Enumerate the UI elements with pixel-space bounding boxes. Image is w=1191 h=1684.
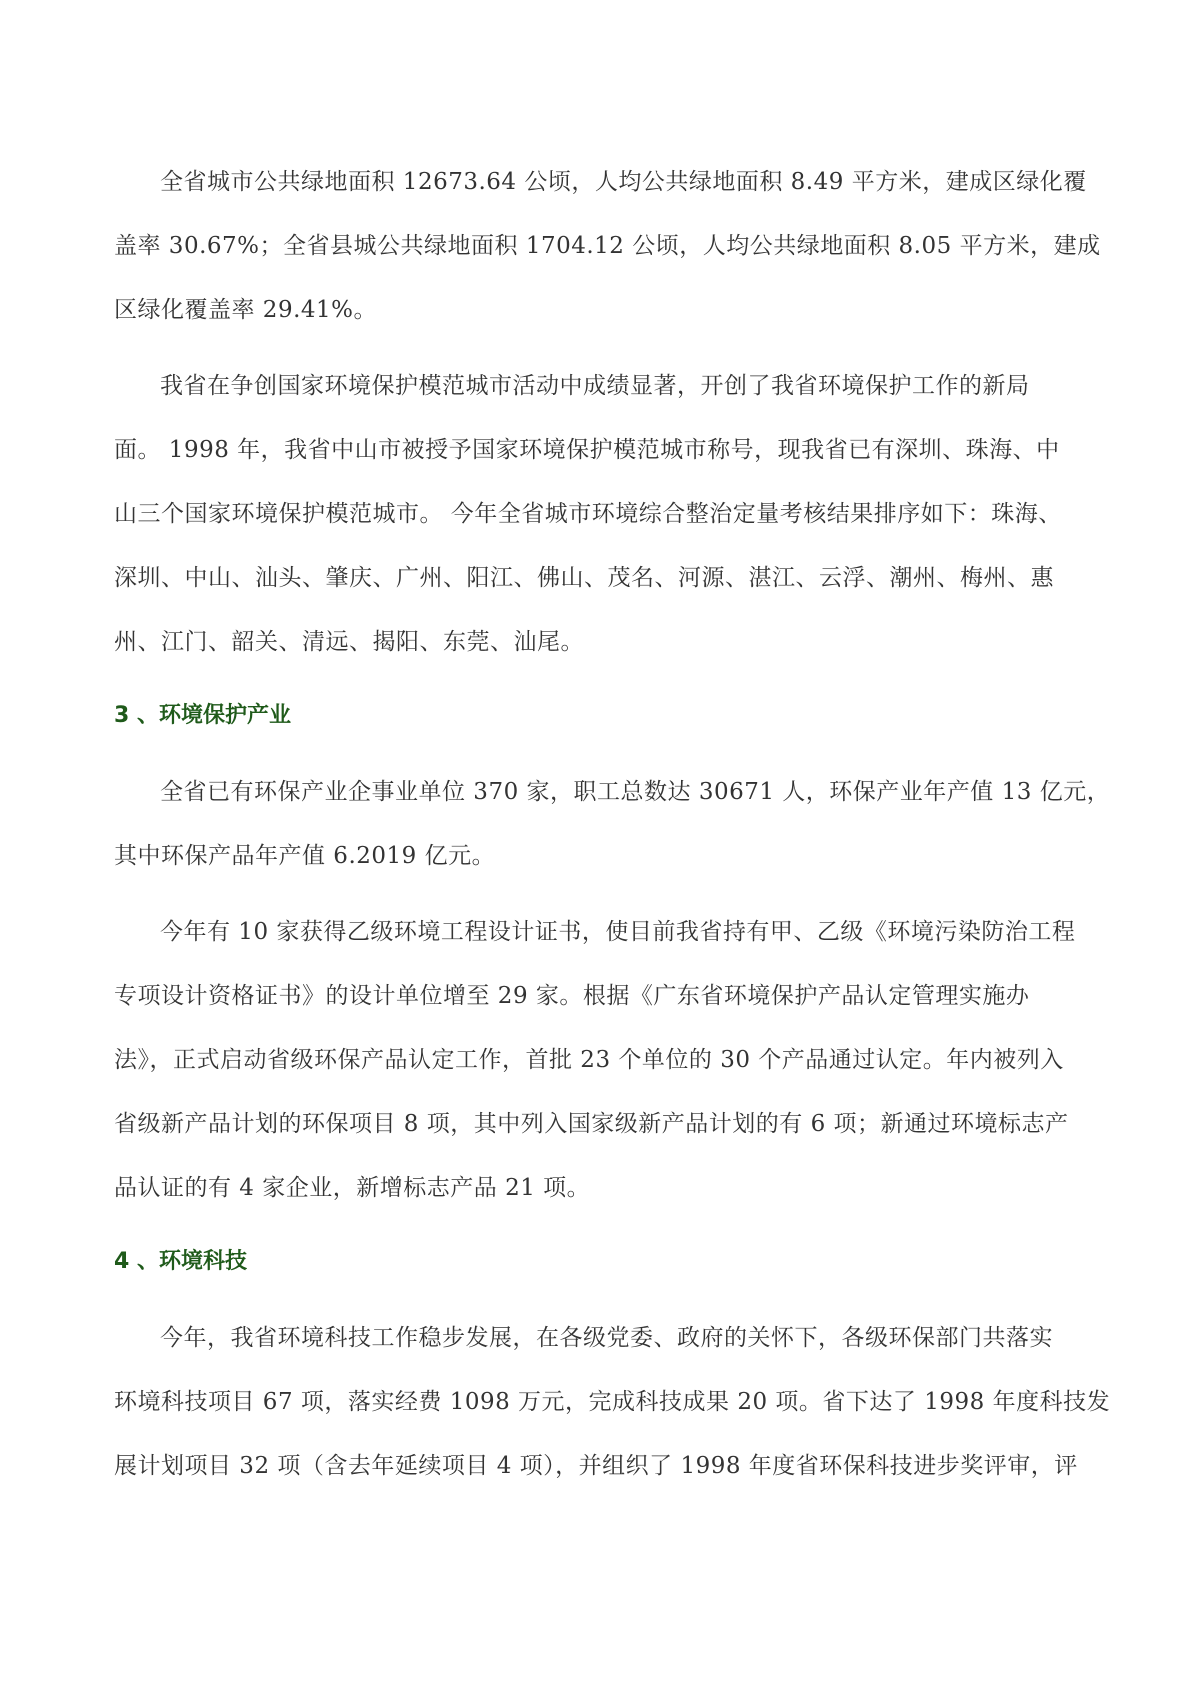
document-page: 全省城市公共绿地面积 12673.64 公顷，人均公共绿地面积 8.49 平方米… <box>114 150 1074 1510</box>
text-line: 区绿化覆盖率 29.41%。 <box>114 278 1074 342</box>
paragraph-model-cities: 我省在争创国家环境保护模范城市活动中成绩显著，开创了我省环境保护工作的新局 面。… <box>114 354 1074 674</box>
text-line: 环境科技项目 67 项，落实经费 1098 万元，完成科技成果 20 项。省下达… <box>114 1370 1074 1434</box>
text-line: 其中环保产品年产值 6.2019 亿元。 <box>114 824 1074 888</box>
text-line: 法》，正式启动省级环保产品认定工作，首批 23 个单位的 30 个产品通过认定。… <box>114 1028 1074 1092</box>
text-line: 面。 1998 年，我省中山市被授予国家环境保护模范城市称号，现我省已有深圳、珠… <box>114 418 1074 482</box>
text-line: 展计划项目 32 项（含去年延续项目 4 项），并组织了 1998 年度省环保科… <box>114 1434 1074 1498</box>
text-line: 深圳、中山、汕头、肇庆、广州、阳江、佛山、茂名、河源、湛江、云浮、潮州、梅州、惠 <box>114 546 1074 610</box>
text-line: 山三个国家环境保护模范城市。 今年全省城市环境综合整治定量考核结果排序如下：珠海… <box>114 482 1074 546</box>
paragraph-tech-projects: 今年，我省环境科技工作稳步发展，在各级党委、政府的关怀下，各级环保部门共落实 环… <box>114 1306 1074 1498</box>
text-line: 今年有 10 家获得乙级环境工程设计证书，使目前我省持有甲、乙级《环境污染防治工… <box>114 900 1074 964</box>
text-line: 品认证的有 4 家企业，新增标志产品 21 项。 <box>114 1156 1074 1220</box>
paragraph-industry-stats: 全省已有环保产业企事业单位 370 家，职工总数达 30671 人，环保产业年产… <box>114 760 1074 888</box>
text-line: 我省在争创国家环境保护模范城市活动中成绩显著，开创了我省环境保护工作的新局 <box>114 354 1074 418</box>
paragraph-green-space: 全省城市公共绿地面积 12673.64 公顷，人均公共绿地面积 8.49 平方米… <box>114 150 1074 342</box>
text-line: 专项设计资格证书》的设计单位增至 29 家。根据《广东省环境保护产品认定管理实施… <box>114 964 1074 1028</box>
text-line: 盖率 30.67%；全省县城公共绿地面积 1704.12 公顷，人均公共绿地面积… <box>114 214 1074 278</box>
text-line: 全省城市公共绿地面积 12673.64 公顷，人均公共绿地面积 8.49 平方米… <box>114 150 1074 214</box>
text-line: 省级新产品计划的环保项目 8 项，其中列入国家级新产品计划的有 6 项；新通过环… <box>114 1092 1074 1156</box>
text-line: 州、江门、韶关、清远、揭阳、东莞、汕尾。 <box>114 610 1074 674</box>
text-line: 今年，我省环境科技工作稳步发展，在各级党委、政府的关怀下，各级环保部门共落实 <box>114 1306 1074 1370</box>
paragraph-certifications: 今年有 10 家获得乙级环境工程设计证书，使目前我省持有甲、乙级《环境污染防治工… <box>114 900 1074 1220</box>
section-heading-environmental-tech: 4 、环境科技 <box>114 1232 1074 1292</box>
section-heading-environmental-industry: 3 、环境保护产业 <box>114 686 1074 746</box>
text-line: 全省已有环保产业企事业单位 370 家，职工总数达 30671 人，环保产业年产… <box>114 760 1074 824</box>
